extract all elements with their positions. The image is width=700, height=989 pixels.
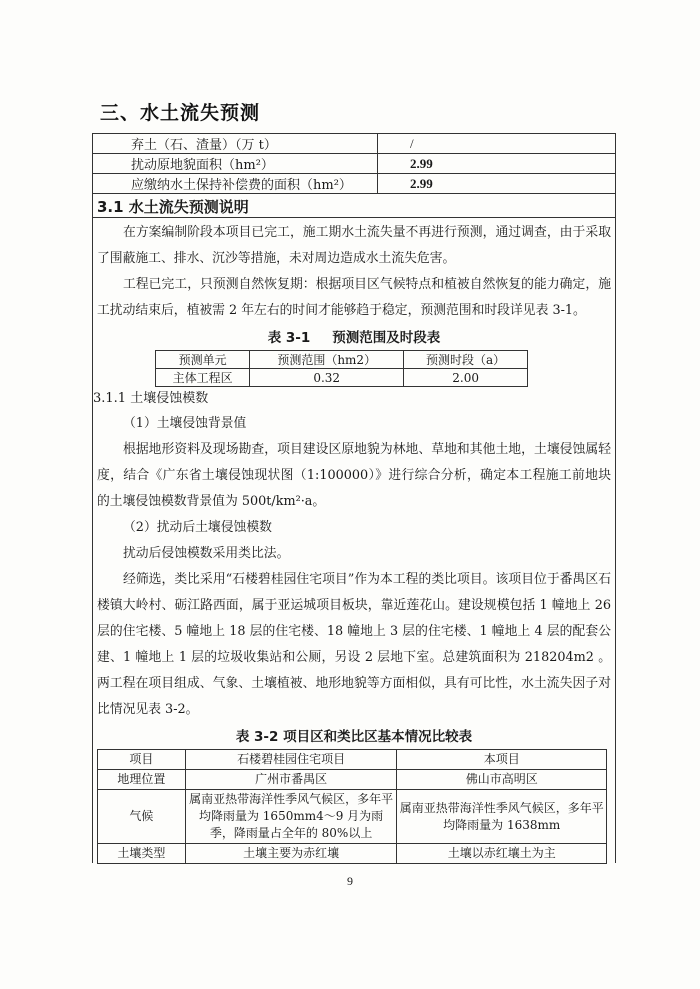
summary-table: 弃土（石、渣量）（万 t） / 扰动原地貌面积（hm²） 2.99 应缴纳水土保… <box>93 134 615 194</box>
subheading: （2）扰动后土壤侵蚀模数 <box>97 515 611 541</box>
table-header-row: 项目 石楼碧桂园住宅项目 本项目 <box>98 750 607 770</box>
column-header: 预测单元 <box>156 351 250 369</box>
forecast-table: 预测单元 预测范围（hm2） 预测时段（a） 主体工程区 0.32 2.00 <box>155 350 528 387</box>
column-header: 预测范围（hm2） <box>250 351 404 369</box>
summary-label: 弃土（石、渣量）（万 t） <box>93 134 378 154</box>
document-frame: 弃土（石、渣量）（万 t） / 扰动原地貌面积（hm²） 2.99 应缴纳水土保… <box>92 133 616 863</box>
column-header: 本项目 <box>397 750 607 770</box>
column-header: 预测时段（a） <box>404 351 528 369</box>
paragraph: 根据地形资料及现场勘查，项目建设区原地貌为林地、草地和其他土地，土壤侵蚀属轻度，… <box>97 437 611 515</box>
section-heading: 3.1 水土流失预测说明 <box>93 194 615 218</box>
paragraph: 工程已完工，只预测自然恢复期：根据项目区气候特点和植被自然恢复的能力确定，施工扰… <box>97 272 611 324</box>
summary-value: 2.99 <box>378 154 616 174</box>
table-caption: 表 3-2 项目区和类比区基本情况比较表 <box>97 725 611 749</box>
section-body: 在方案编制阶段本项目已完工，施工期水土流失量不再进行预测，通过调查，由于采取了围… <box>93 220 615 864</box>
table-cell: 气候 <box>98 790 186 844</box>
summary-label: 应缴纳水土保持补偿费的面积（hm²） <box>93 174 378 194</box>
table-cell: 广州市番禺区 <box>185 770 397 790</box>
table-row: 主体工程区 0.32 2.00 <box>156 369 528 387</box>
table-cell: 0.32 <box>250 369 404 387</box>
table-row: 应缴纳水土保持补偿费的面积（hm²） 2.99 <box>93 174 615 194</box>
table-row: 扰动原地貌面积（hm²） 2.99 <box>93 154 615 174</box>
table-cell: 土壤主要为赤红壤 <box>185 844 397 864</box>
caption-title: 预测范围及时段表 <box>332 330 440 346</box>
table-cell: 土壤类型 <box>98 844 186 864</box>
table-cell: 2.00 <box>404 369 528 387</box>
table-cell: 地理位置 <box>98 770 186 790</box>
table-cell: 主体工程区 <box>156 369 250 387</box>
table-row: 土壤类型 土壤主要为赤红壤 土壤以赤红壤土为主 <box>98 844 607 864</box>
table-cell: 佛山市高明区 <box>397 770 607 790</box>
table-cell: 属南亚热带海洋性季风气候区，多年平均降雨量为 1650mm4～9 月为雨季，降雨… <box>185 790 397 844</box>
subsection-heading: 3.1.1 土壤侵蚀模数 <box>93 387 611 411</box>
page-title: 三、水土流失预测 <box>100 98 260 125</box>
page-number: 9 <box>0 874 700 889</box>
paragraph: 经筛选，类比采用“石楼碧桂园住宅项目”作为本工程的类比项目。该项目位于番禺区石楼… <box>97 567 611 723</box>
table-header-row: 预测单元 预测范围（hm2） 预测时段（a） <box>156 351 528 369</box>
summary-value: / <box>378 134 616 154</box>
table-row: 弃土（石、渣量）（万 t） / <box>93 134 615 154</box>
table-row: 地理位置 广州市番禺区 佛山市高明区 <box>98 770 607 790</box>
caption-number: 表 3-1 <box>268 330 311 346</box>
table-row: 气候 属南亚热带海洋性季风气候区，多年平均降雨量为 1650mm4～9 月为雨季… <box>98 790 607 844</box>
subheading: （1）土壤侵蚀背景值 <box>97 411 611 437</box>
summary-label: 扰动原地貌面积（hm²） <box>93 154 378 174</box>
table-cell: 属南亚热带海洋性季风气候区，多年平均降雨量为 1638mm <box>397 790 607 844</box>
paragraph: 在方案编制阶段本项目已完工，施工期水土流失量不再进行预测，通过调查，由于采取了围… <box>97 220 611 272</box>
table-cell: 土壤以赤红壤土为主 <box>397 844 607 864</box>
table-caption: 表 3-1预测范围及时段表 <box>97 326 611 350</box>
column-header: 项目 <box>98 750 186 770</box>
summary-value: 2.99 <box>378 174 616 194</box>
paragraph: 扰动后侵蚀模数采用类比法。 <box>97 541 611 567</box>
column-header: 石楼碧桂园住宅项目 <box>185 750 397 770</box>
comparison-table: 项目 石楼碧桂园住宅项目 本项目 地理位置 广州市番禺区 佛山市高明区 气候 属… <box>97 749 607 864</box>
